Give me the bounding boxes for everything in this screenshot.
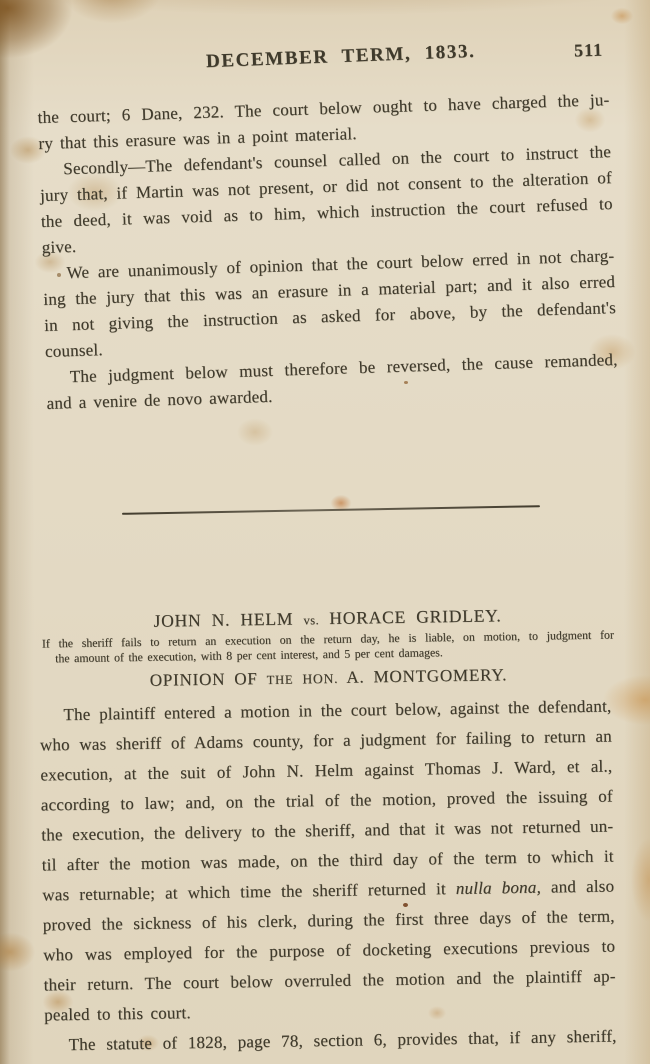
headnote: If the sheriff fails to return an execut… [42, 628, 614, 666]
plaintiff-name: JOHN N. HELM [153, 609, 293, 631]
defendant-name: HORACE GRIDLEY. [329, 605, 502, 628]
latin-phrase: nulla bona, [456, 878, 541, 898]
opinion-heading-pre: OPINION OF [150, 669, 258, 690]
opinion-heading: OPINION OF THE HON. A. MONTGOMERY. [42, 664, 614, 693]
case-heading-block: JOHN N. HELM vs. HORACE GRIDLEY. If the … [41, 604, 614, 693]
scanned-book-page: DECEMBER TERM, 1833. 511 the court; 6 Da… [0, 0, 650, 1064]
versus-abbrev: vs. [303, 613, 319, 627]
page-number: 511 [574, 40, 604, 62]
section-divider [122, 505, 540, 515]
opinion-heading-hon: HON. [302, 671, 338, 687]
opinion-text: The plaintiff entered a motion in the co… [39, 692, 617, 1061]
judge-name: A. MONTGOMERY. [346, 665, 507, 687]
prior-case-opinion-text: the court; 6 Dane, 232. The court below … [37, 87, 619, 417]
text-segment: and also [541, 877, 615, 897]
running-head: DECEMBER TERM, 1833. [206, 41, 476, 73]
opinion-heading-the: THE [267, 673, 294, 687]
text-segment: was returnable; at which time the sherif… [42, 879, 456, 904]
